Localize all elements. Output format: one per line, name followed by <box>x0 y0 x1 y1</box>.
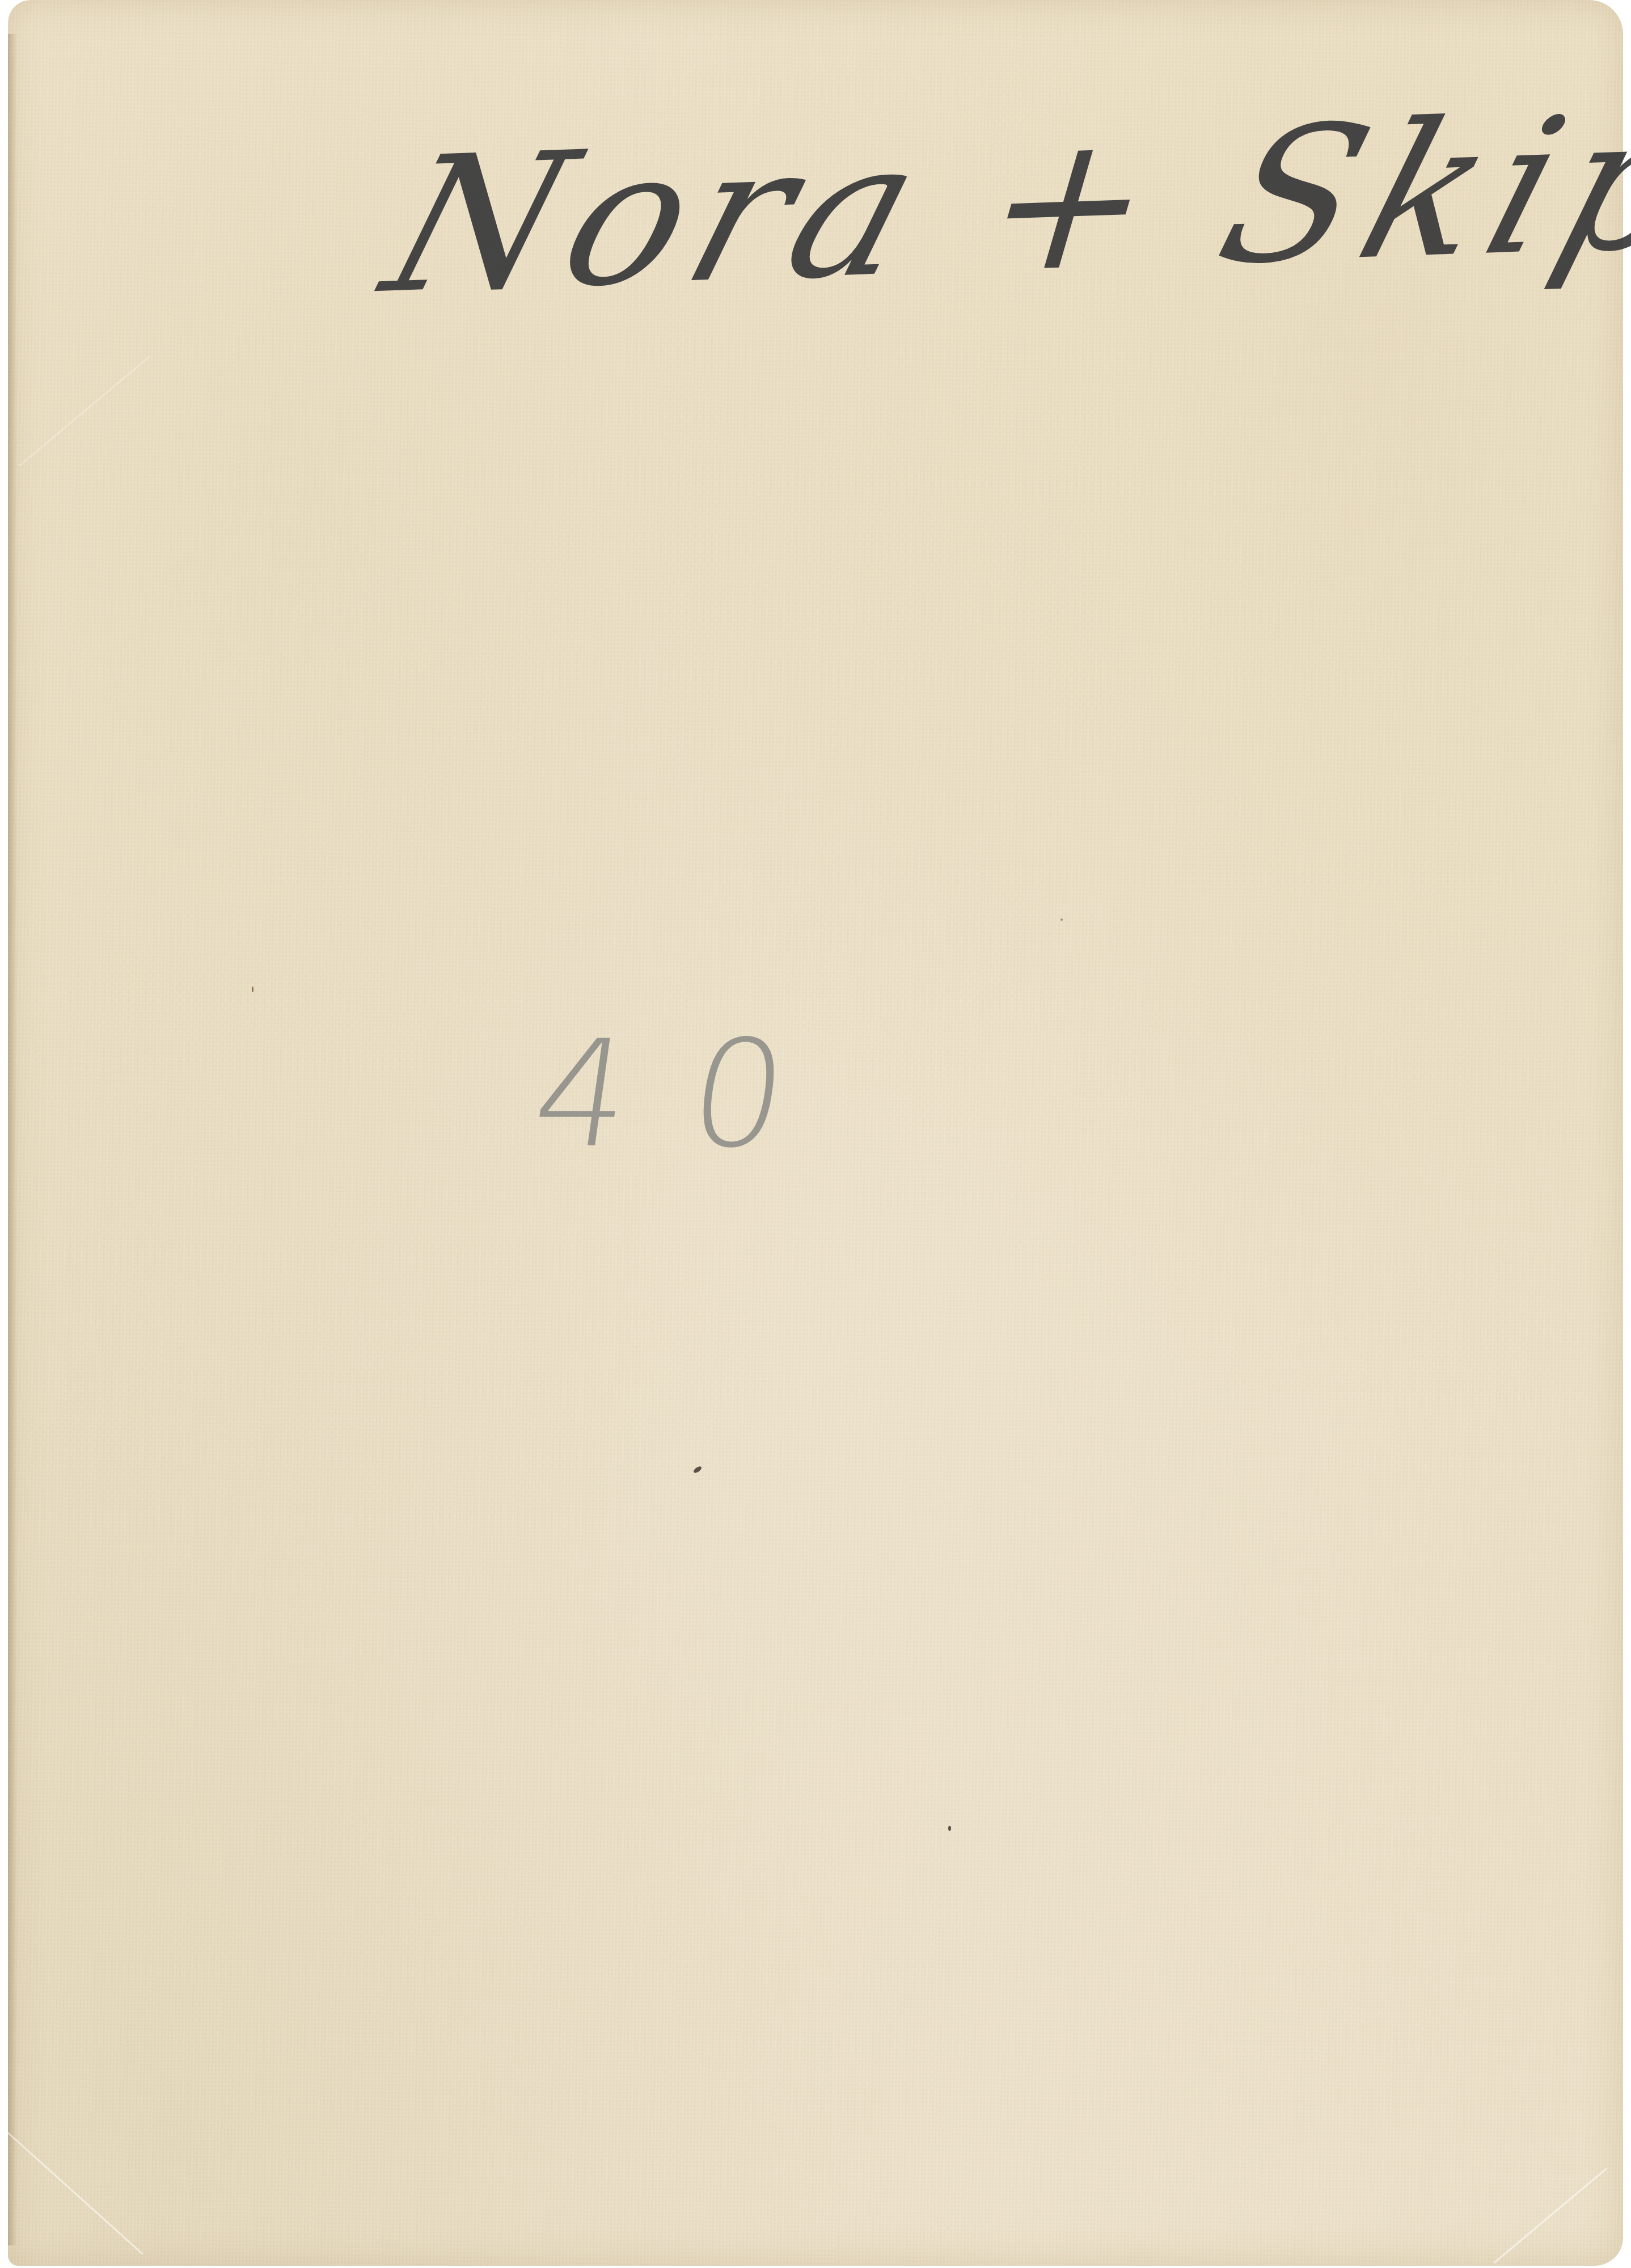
paper-speck <box>692 1465 703 1474</box>
handwritten-caption: Nora + Skippy <box>365 64 1631 335</box>
corner-crease-bottom-right <box>1493 2168 1607 2263</box>
corner-crease-top-left <box>19 356 150 467</box>
card-edge-shadow <box>8 34 17 2245</box>
corner-crease-bottom-left <box>7 2132 143 2254</box>
handwritten-number: 40 <box>523 1009 860 1180</box>
paper-speck <box>948 1826 951 1831</box>
paper-speck <box>1060 919 1063 921</box>
paper-speck <box>252 987 253 992</box>
card-back: Nora + Skippy 40 <box>8 0 1623 2266</box>
